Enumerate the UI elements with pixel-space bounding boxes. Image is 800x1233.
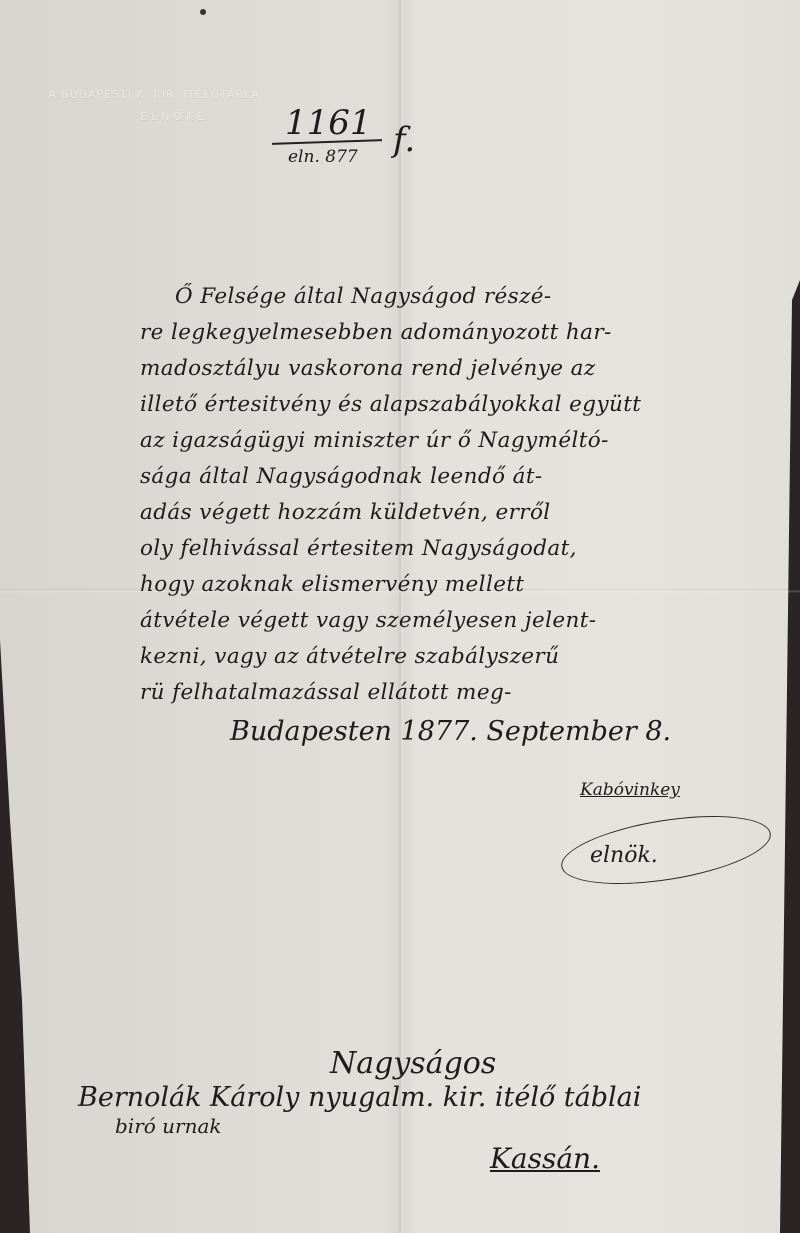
signature-title: elnök.	[590, 843, 658, 868]
body-line: Ő Felsége által Nagyságod részé-	[175, 284, 552, 309]
body-line: az igazságügyi miniszter úr ő Nagyméltó-	[140, 428, 609, 453]
address-salutation: Nagyságos	[330, 1046, 496, 1081]
body-line: illető értesitvény és alapszabályokkal e…	[140, 392, 641, 417]
reference-suffix: f.	[393, 120, 415, 160]
embossed-stamp-line-2: ELNÖKE	[140, 110, 208, 123]
address-city: Kassán.	[490, 1142, 600, 1175]
body-line: sága által Nagyságodnak leendő át-	[140, 464, 543, 489]
body-line: oly felhivással értesitem Nagyságodat,	[140, 536, 577, 561]
body-line: adás végett hozzám küldetvén, erről	[140, 500, 551, 525]
signature-name: Kabóvinkey	[580, 780, 680, 800]
body-line: rü felhatalmazással ellátott meg-	[140, 680, 512, 705]
embossed-stamp-line-1: A BUDAPESTI K. KIR. ITÉLŐTÁBLA	[48, 88, 260, 101]
ink-spot	[200, 9, 206, 15]
address-recipient-title: biró urnak	[115, 1114, 222, 1138]
reference-number: 1161	[285, 103, 372, 143]
body-line: átvétele végett vagy személyesen jelent-	[140, 608, 596, 633]
date-line: Budapesten 1877. September 8.	[230, 716, 671, 747]
body-line: kezni, vagy az átvételre szabályszerű	[140, 644, 559, 669]
body-line: re legkegyelmesebben adományozott har-	[140, 320, 612, 345]
address-recipient: Bernolák Károly nyugalm. kir. itélő tábl…	[78, 1082, 641, 1113]
reference-sub-number: eln. 877	[288, 147, 358, 167]
body-line: madosztályu vaskorona rend jelvénye az	[140, 356, 596, 381]
body-line: hogy azoknak elismervény mellett	[140, 572, 524, 597]
